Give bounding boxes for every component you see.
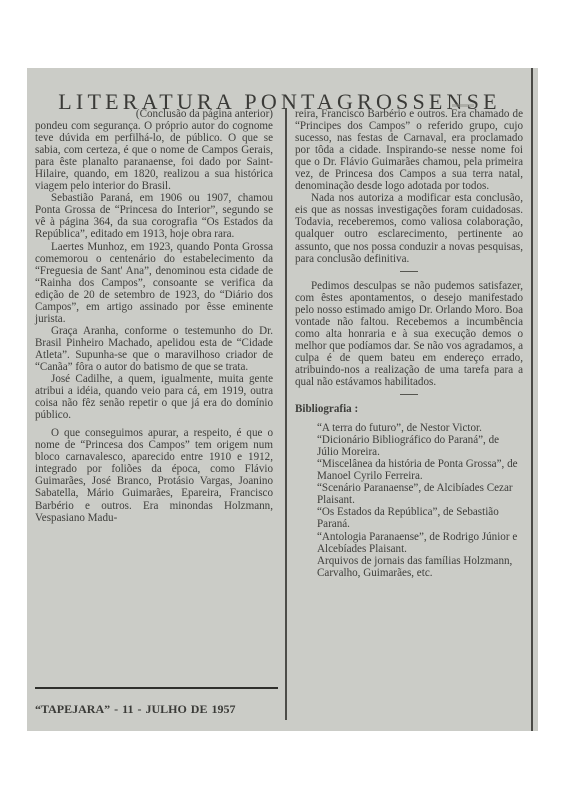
bibliography-item: “Miscelânea da história de Ponta Grossa”… (317, 458, 523, 482)
bibliography-item: “A terra do futuro”, de Nestor Victor. (317, 422, 523, 434)
paragraph: Sebastião Paraná, em 1906 ou 1907, chamo… (35, 192, 273, 240)
page-footer: “TAPEJARA” - 11 - JULHO DE 1957 (35, 702, 280, 717)
left-column: (Conclusão da página anterior) pondeu co… (35, 108, 273, 524)
newspaper-page: LITERATURA PONTAGROSSENSE (Conclusão da … (27, 68, 538, 731)
paragraph: Laertes Munhoz, em 1923, quando Ponta Gr… (35, 241, 273, 325)
paragraph: pondeu com segurança. O próprio autor do… (35, 120, 273, 192)
right-column: reira, Francisco Barbério e outros. Era … (295, 108, 523, 579)
footer-rule (35, 687, 278, 689)
paragraph: O que conseguimos apurar, a respeito, é … (35, 427, 273, 523)
paragraph: Pedimos desculpas se não pudemos satisfa… (295, 280, 523, 388)
paragraph: José Cadilhe, a quem, igualmente, muita … (35, 373, 273, 421)
bibliography-heading: Bibliografia : (295, 403, 523, 415)
section-divider (400, 271, 418, 272)
bibliography-item: Arquivos de jornais das famílias Holzman… (317, 555, 523, 579)
bibliography-item: “Antologia Paranaense”, de Rodrigo Júnio… (317, 531, 523, 555)
bibliography-item: “Os Estados da República”, de Sebastião … (317, 506, 523, 530)
paragraph: reira, Francisco Barbério e outros. Era … (295, 108, 523, 192)
section-divider (400, 394, 418, 395)
bibliography-list: “A terra do futuro”, de Nestor Victor. “… (295, 422, 523, 579)
bibliography-item: “Scenário Paranaense”, de Alcibíades Cez… (317, 482, 523, 506)
print-smudge (452, 104, 474, 107)
paragraph: Graça Aranha, conforme o testemunho do D… (35, 325, 273, 373)
column-divider (285, 108, 287, 720)
continuation-note: (Conclusão da página anterior) (35, 108, 273, 120)
bibliography-item: “Dicionário Bibliográfico do Paraná”, de… (317, 434, 523, 458)
paragraph: Nada nos autoriza a modificar esta concl… (295, 192, 523, 264)
page-right-border (531, 68, 533, 731)
